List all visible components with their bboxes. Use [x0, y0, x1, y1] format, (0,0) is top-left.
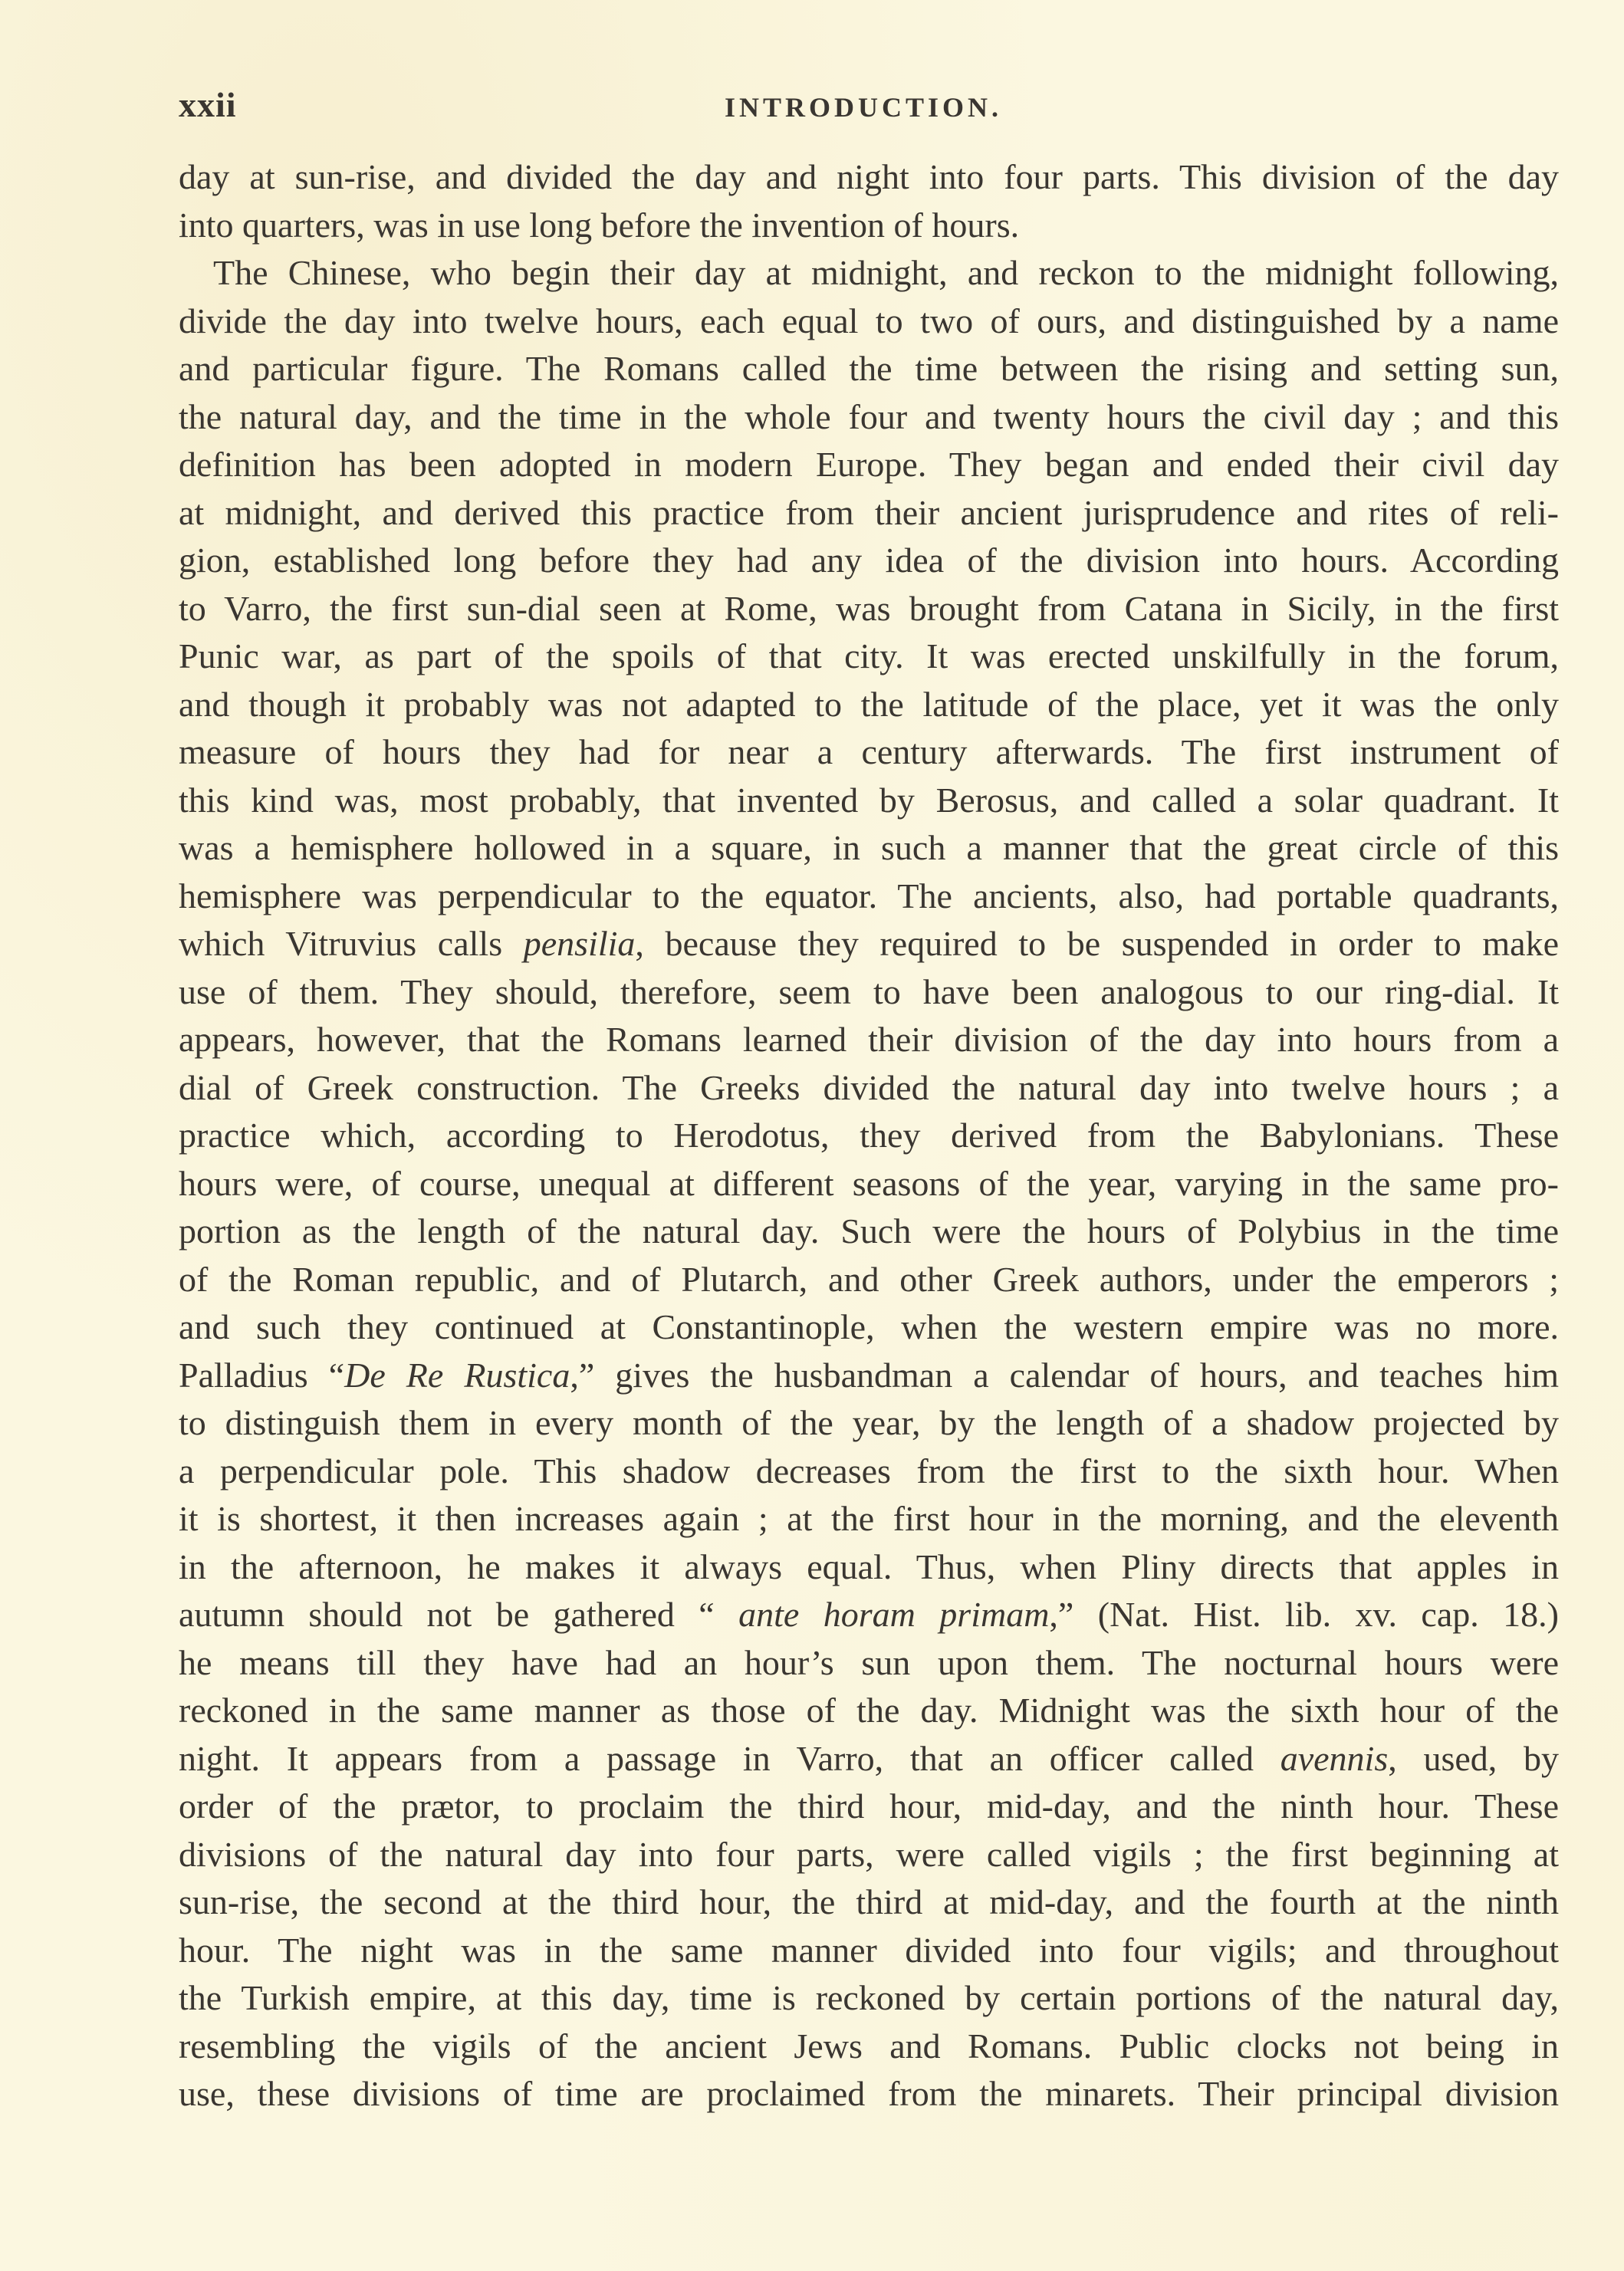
text-line: definition has been adopted in modern Eu… — [179, 441, 1559, 489]
text-line: dial of Greek construction. The Greeks d… — [179, 1064, 1559, 1112]
text-segment: hemisphere was perpendicular to the equa… — [179, 876, 1559, 915]
text-segment: hour. The night was in the same manner d… — [179, 1931, 1559, 1970]
text-line: hour. The night was in the same manner d… — [179, 1927, 1559, 1975]
text-segment: use, these divisions of time are proclai… — [179, 2074, 1559, 2113]
text-segment: order of the prætor, to proclaim the thi… — [179, 1786, 1559, 1826]
text-segment: measure of hours they had for near a cen… — [179, 732, 1559, 771]
italic-term: pensilia — [524, 924, 636, 963]
text-segment: portion as the length of the natural day… — [179, 1211, 1559, 1251]
text-segment: night. It appears from a passage in Varr… — [179, 1739, 1280, 1778]
text-segment: was a hemisphere hollowed in a square, i… — [179, 828, 1559, 867]
running-head: xxii INTRODUCTION. — [179, 86, 1559, 124]
page-number: xxii — [179, 86, 237, 124]
text-segment: appears, however, that the Romans learne… — [179, 1020, 1559, 1059]
text-segment: , because they required to be suspended … — [635, 924, 1559, 963]
text-segment: and though it probably was not adapted t… — [179, 685, 1559, 724]
text-segment: this kind was, most probably, that inven… — [179, 781, 1559, 820]
text-segment: ,” gives the husbandman a calendar of ho… — [570, 1356, 1559, 1395]
text-segment: hours were, of course, unequal at differ… — [179, 1164, 1559, 1203]
text-line: and such they continued at Constantinopl… — [179, 1303, 1559, 1352]
text-line: of the Roman republic, and of Plutarch, … — [179, 1256, 1559, 1304]
text-segment: it is shortest, it then increases again … — [179, 1499, 1559, 1538]
text-line: into quarters, was in use long before th… — [179, 202, 1559, 250]
text-line: this kind was, most probably, that inven… — [179, 777, 1559, 825]
text-line: use, these divisions of time are proclai… — [179, 2070, 1559, 2118]
text-line: day at sun-rise, and divided the day and… — [179, 153, 1559, 202]
body-text: day at sun-rise, and divided the day and… — [179, 153, 1559, 2118]
text-segment: The Chinese, who begin their day at midn… — [213, 253, 1559, 292]
running-head-title: INTRODUCTION. — [725, 90, 1002, 124]
text-line: use of them. They should, therefore, see… — [179, 968, 1559, 1017]
text-segment: and particular figure. The Romans called… — [179, 349, 1559, 388]
text-segment: to distinguish them in every month of th… — [179, 1403, 1559, 1442]
text-line: portion as the length of the natural day… — [179, 1208, 1559, 1256]
text-segment: and such they continued at Constantinopl… — [179, 1307, 1559, 1346]
text-line: the Turkish empire, at this day, time is… — [179, 1974, 1559, 2023]
text-segment: he means till they have had an hour’s su… — [179, 1643, 1559, 1682]
text-line: sun-rise, the second at the third hour, … — [179, 1878, 1559, 1927]
text-segment: definition has been adopted in modern Eu… — [179, 445, 1559, 484]
text-line: divide the day into twelve hours, each e… — [179, 297, 1559, 346]
text-segment: ,” (Nat. Hist. lib. xv. cap. 18.) — [1049, 1595, 1559, 1634]
text-segment: at midnight, and derived this practice f… — [179, 493, 1559, 532]
text-line: Punic war, as part of the spoils of that… — [179, 633, 1559, 681]
text-segment: , used, by — [1388, 1739, 1559, 1778]
text-segment: sun-rise, the second at the third hour, … — [179, 1882, 1559, 1921]
text-line: and though it probably was not adapted t… — [179, 681, 1559, 729]
text-segment: gion, established long before they had a… — [179, 541, 1559, 580]
text-line: hemisphere was perpendicular to the equa… — [179, 873, 1559, 921]
text-line: at midnight, and derived this practice f… — [179, 489, 1559, 537]
text-line: gion, established long before they had a… — [179, 537, 1559, 585]
text-segment: reckoned in the same manner as those of … — [179, 1691, 1559, 1730]
text-segment: autumn should not be gathered “ — [179, 1595, 738, 1634]
text-line: divisions of the natural day into four p… — [179, 1831, 1559, 1879]
italic-term: ante horam primam — [738, 1595, 1049, 1634]
text-line: practice which, according to Herodotus, … — [179, 1112, 1559, 1160]
text-segment: to Varro, the first sun-dial seen at Rom… — [179, 589, 1559, 628]
text-line: which Vitruvius calls pensilia, because … — [179, 920, 1559, 968]
text-line: he means till they have had an hour’s su… — [179, 1639, 1559, 1688]
text-segment: divide the day into twelve hours, each e… — [179, 301, 1559, 340]
text-line: in the afternoon, he makes it always equ… — [179, 1543, 1559, 1592]
text-segment: the Turkish empire, at this day, time is… — [179, 1978, 1559, 2017]
text-segment: divisions of the natural day into four p… — [179, 1835, 1559, 1874]
text-line: measure of hours they had for near a cen… — [179, 728, 1559, 777]
text-segment: day at sun-rise, and divided the day and… — [179, 157, 1559, 196]
text-line: was a hemisphere hollowed in a square, i… — [179, 824, 1559, 873]
text-line: Palladius “De Re Rustica,” gives the hus… — [179, 1352, 1559, 1400]
text-segment: of the Roman republic, and of Plutarch, … — [179, 1260, 1559, 1299]
text-line: reckoned in the same manner as those of … — [179, 1687, 1559, 1735]
text-segment: Palladius “ — [179, 1356, 344, 1395]
text-segment: use of them. They should, therefore, see… — [179, 972, 1559, 1011]
text-segment: practice which, according to Herodotus, … — [179, 1116, 1559, 1155]
text-segment: a perpendicular pole. This shadow decrea… — [179, 1451, 1559, 1490]
text-line: and particular figure. The Romans called… — [179, 345, 1559, 393]
text-line: hours were, of course, unequal at differ… — [179, 1160, 1559, 1208]
text-line: to Varro, the first sun-dial seen at Rom… — [179, 585, 1559, 633]
text-segment: dial of Greek construction. The Greeks d… — [179, 1068, 1559, 1107]
text-line: autumn should not be gathered “ ante hor… — [179, 1591, 1559, 1639]
text-line: to distinguish them in every month of th… — [179, 1399, 1559, 1448]
text-segment: in the afternoon, he makes it always equ… — [179, 1547, 1559, 1586]
book-page: xxii INTRODUCTION. day at sun-rise, and … — [0, 0, 1624, 2271]
text-line: the natural day, and the time in the who… — [179, 393, 1559, 442]
text-segment: the natural day, and the time in the who… — [179, 397, 1559, 436]
text-line: a perpendicular pole. This shadow decrea… — [179, 1448, 1559, 1496]
text-line: night. It appears from a passage in Varr… — [179, 1735, 1559, 1783]
text-segment: Punic war, as part of the spoils of that… — [179, 636, 1559, 675]
text-line: order of the prætor, to proclaim the thi… — [179, 1783, 1559, 1831]
text-line: The Chinese, who begin their day at midn… — [179, 249, 1559, 297]
text-line: resembling the vigils of the ancient Jew… — [179, 2023, 1559, 2071]
text-segment: resembling the vigils of the ancient Jew… — [179, 2026, 1559, 2066]
italic-term: avennis — [1280, 1739, 1389, 1778]
text-line: appears, however, that the Romans learne… — [179, 1016, 1559, 1064]
italic-term: De Re Rustica — [344, 1356, 570, 1395]
text-line: it is shortest, it then increases again … — [179, 1495, 1559, 1543]
text-segment: which Vitruvius calls — [179, 924, 524, 963]
text-segment: into quarters, was in use long before th… — [179, 205, 1019, 245]
